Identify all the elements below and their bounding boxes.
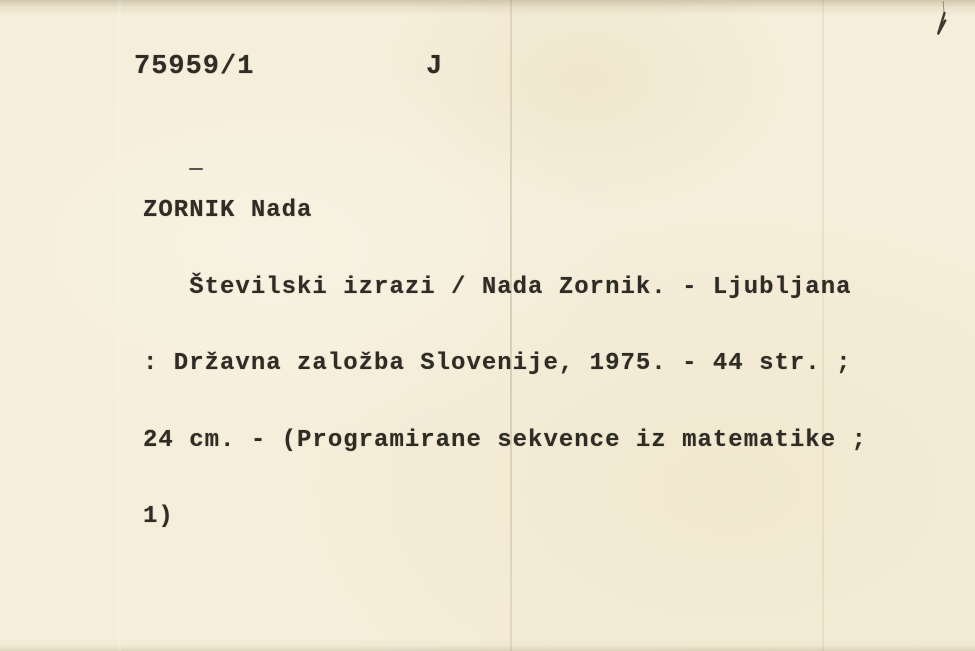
bibliographic-entry: ZORNIK Nada Številski izrazi / Nada Zorn… — [143, 147, 867, 581]
format-letter: J — [426, 52, 443, 82]
filing-underline — [189, 168, 203, 170]
entry-title-line: Številski izrazi / Nada Zornik. - Ljublj… — [143, 275, 867, 301]
scan-streak-left — [118, 0, 121, 651]
catalog-card: 75959/1 J ZORNIK Nada Številski izrazi /… — [0, 0, 975, 651]
pen-checkmark-icon — [925, 0, 965, 46]
entry-series-number-line: 1) — [143, 504, 867, 530]
entry-heading-line: ZORNIK Nada — [143, 198, 867, 224]
entry-imprint-line: : Državna založba Slovenije, 1975. - 44 … — [143, 351, 867, 377]
inventory-number: 75959/1 — [134, 52, 254, 82]
entry-collation-line: 24 cm. - (Programirane sekvence iz matem… — [143, 428, 867, 454]
